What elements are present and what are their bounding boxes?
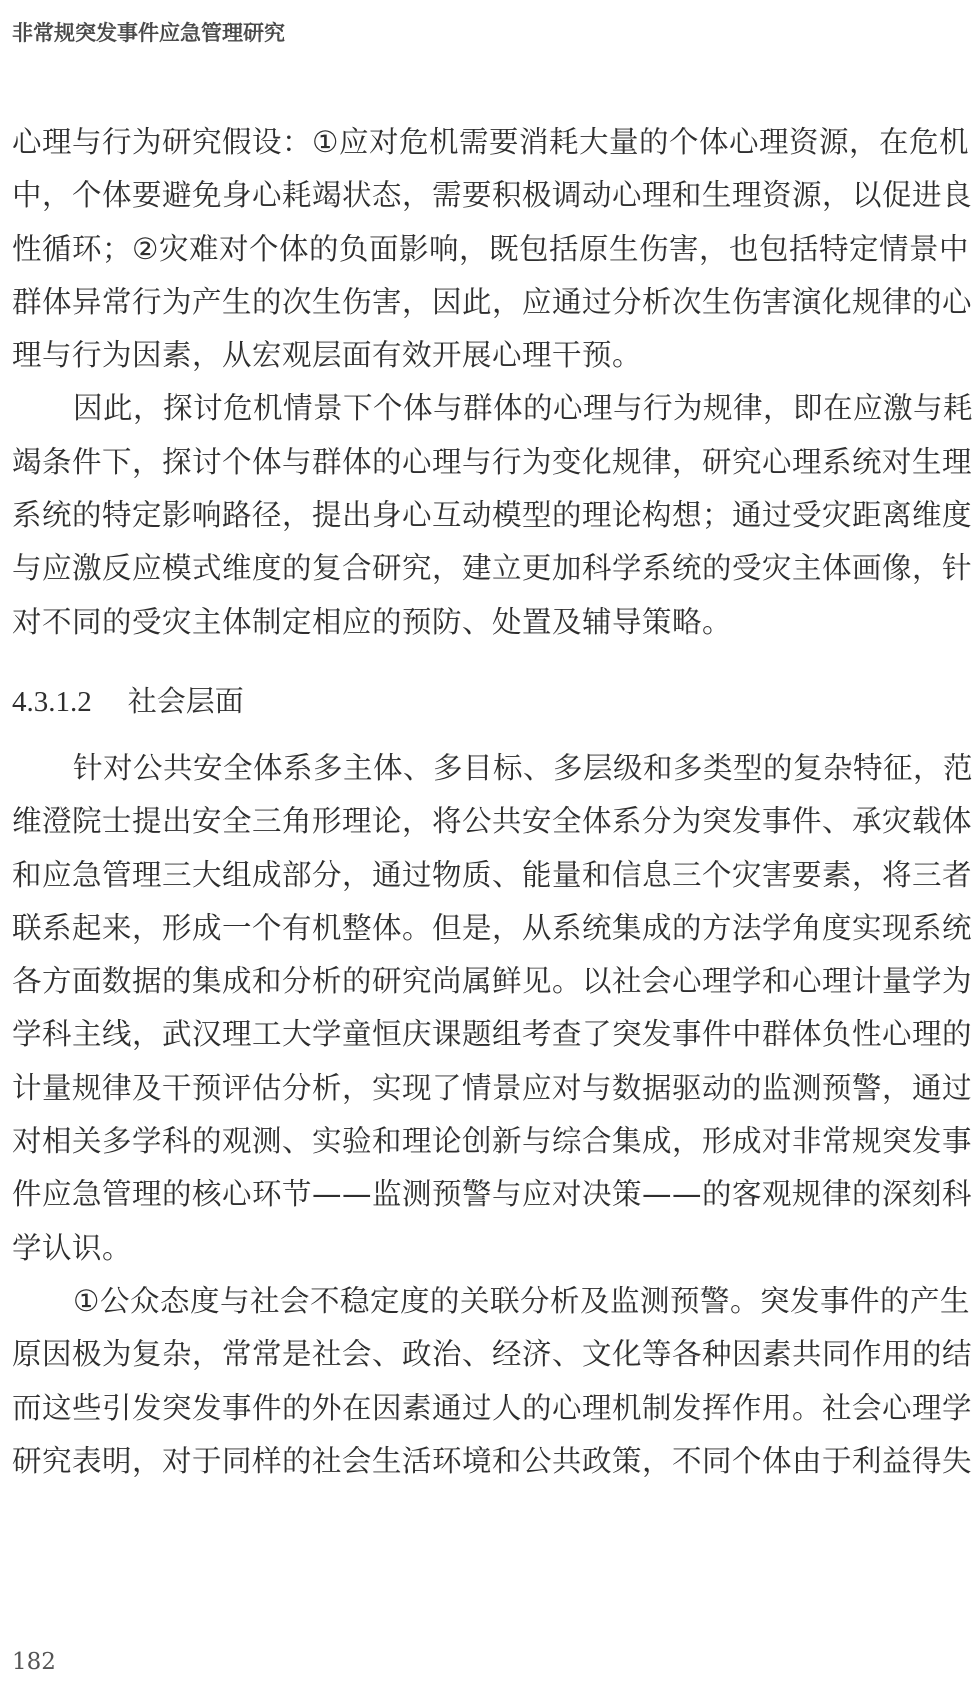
page-number: 182 [12,1649,56,1675]
text-line: 群体异常行为产生的次生伤害，因此，应通过分析次生伤害演化规律的心 [12,284,958,337]
text-line: 件应急管理的核心环节——监测预警与应对决策——的客观规律的深刻科 [12,1176,958,1229]
text-line: 原因极为复杂，常常是社会、政治、经济、文化等各种因素共同作用的结果， [12,1336,958,1389]
text-line: 心理与行为研究假设：①应对危机需要消耗大量的个体心理资源，在危机 [12,124,958,177]
section-number: 4.3.1.2 [12,686,92,718]
text-line: 针对公共安全体系多主体、多目标、多层级和多类型的复杂特征，范 [12,750,958,803]
paragraph-hypotheses: 心理与行为研究假设：①应对危机需要消耗大量的个体心理资源，在危机 中，个体要避免… [12,124,958,390]
text-line: 学科主线，武汉理工大学童恒庆课题组考查了突发事件中群体负性心理的 [12,1016,958,1069]
spacer [12,657,958,671]
paragraph-public-attitude-monitoring: ①公众态度与社会不稳定度的关联分析及监测预警。突发事件的产生 原因极为复杂，常常… [12,1283,958,1496]
running-header: 非常规突发事件应急管理研究 [12,17,285,47]
text-line: 与应激反应模式维度的复合研究，建立更加科学系统的受灾主体画像，针 [12,550,958,603]
text-line: 对不同的受灾主体制定相应的预防、处置及辅导策略。 [12,604,958,657]
text-line: 计量规律及干预评估分析，实现了情景应对与数据驱动的监测预警，通过 [12,1070,958,1123]
text-line: 联系起来，形成一个有机整体。但是，从系统集成的方法学角度实现系统 [12,910,958,963]
text-line: 而这些引发突发事件的外在因素通过人的心理机制发挥作用。社会心理学 [12,1390,958,1443]
text-line: 竭条件下，探讨个体与群体的心理与行为变化规律，研究心理系统对生理 [12,444,958,497]
text-line: 和应急管理三大组成部分，通过物质、能量和信息三个灾害要素，将三者 [12,857,958,910]
text-line: 学认识。 [12,1230,958,1283]
text-line: ①公众态度与社会不稳定度的关联分析及监测预警。突发事件的产生 [12,1283,958,1336]
text-line: 对相关多学科的观测、实验和理论创新与综合集成，形成对非常规突发事 [12,1123,958,1176]
text-line: 理与行为因素，从宏观层面有效开展心理干预。 [12,337,958,390]
section-title: 社会层面 [128,684,244,718]
section-heading: 4.3.1.2社会层面 [12,671,958,750]
text-line: 维澄院士提出安全三角形理论，将公共安全体系分为突发事件、承灾载体 [12,803,958,856]
text-line: 性循环；②灾难对个体的负面影响，既包括原生伤害，也包括特定情景中 [12,231,958,284]
text-line: 因此，探讨危机情景下个体与群体的心理与行为规律，即在应激与耗 [12,390,958,443]
text-line: 中，个体要避免身心耗竭状态，需要积极调动心理和生理资源，以促进良 [12,177,958,230]
text-line: 各方面数据的集成和分析的研究尚属鲜见。以社会心理学和心理计量学为 [12,963,958,1016]
page-body: 心理与行为研究假设：①应对危机需要消耗大量的个体心理资源，在危机 中，个体要避免… [12,124,958,1496]
text-line: 系统的特定影响路径，提出身心互动模型的理论构想；通过受灾距离维度 [12,497,958,550]
paragraph-safety-triangle: 针对公共安全体系多主体、多目标、多层级和多类型的复杂特征，范 维澄院士提出安全三… [12,750,958,1283]
paragraph-individual-group-patterns: 因此，探讨危机情景下个体与群体的心理与行为规律，即在应激与耗 竭条件下，探讨个体… [12,390,958,656]
text-line: 研究表明，对于同样的社会生活环境和公共政策，不同个体由于利益得失 [12,1443,958,1496]
